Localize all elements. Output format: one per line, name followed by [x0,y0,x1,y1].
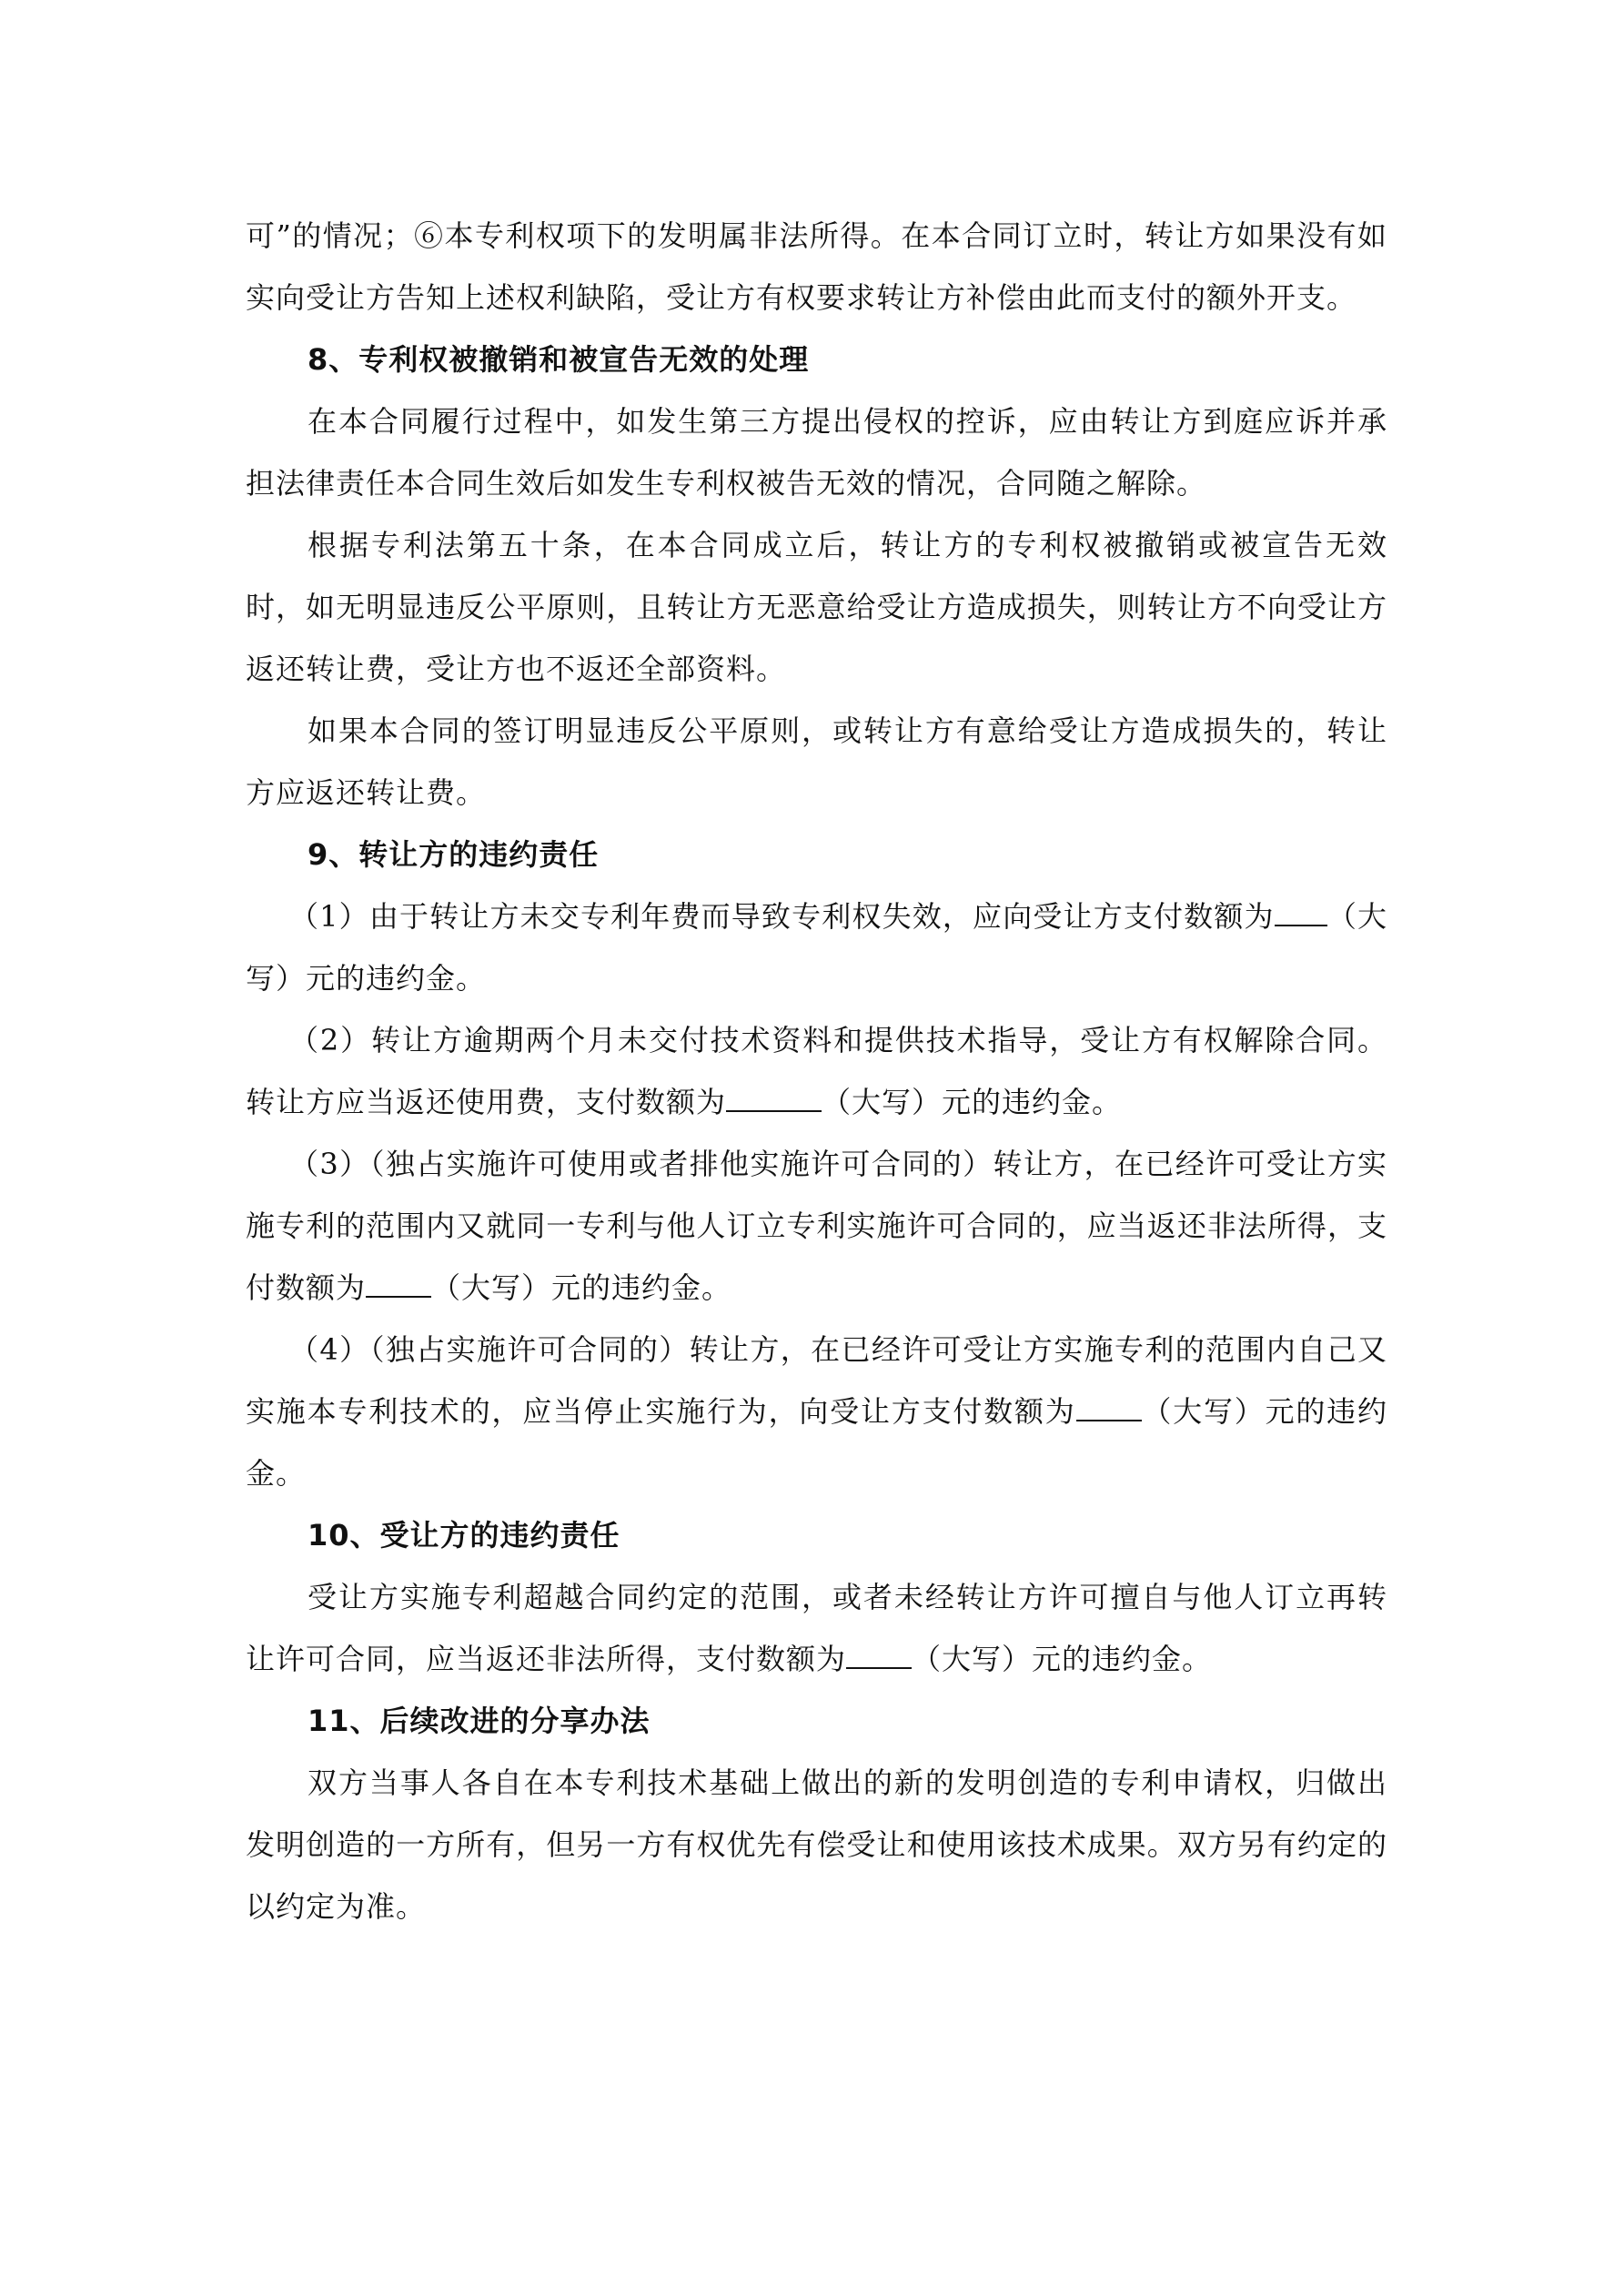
section-10-paragraph-1: 受让方实施专利超越合同约定的范围，或者未经转让方许可擅自与他人订立再转让许可合同… [246,1566,1387,1690]
section-9-item-4: （4）（独占实施许可合同的）转让方，在已经许可受让方实施专利的范围内自己又实施本… [246,1319,1387,1504]
continued-paragraph: 可”的情况；⑥本专利权项下的发明属非法所得。在本合同订立时，转让方如果没有如实向… [246,205,1387,329]
section-9-item-2: （2）转让方逾期两个月未交付技术资料和提供技术指导，受让方有权解除合同。转让方应… [246,1009,1387,1133]
section-9-item-1: （1）由于转让方未交专利年费而导致专利权失效，应向受让方支付数额为（大写）元的违… [246,885,1387,1009]
section-8-paragraph-3: 如果本合同的签订明显违反公平原则，或转让方有意给受让方造成损失的，转让方应返还转… [246,700,1387,824]
amount-blank[interactable] [366,1272,431,1298]
document-page: 可”的情况；⑥本专利权项下的发明属非法所得。在本合同订立时，转让方如果没有如实向… [246,205,1387,1937]
amount-blank[interactable] [846,1644,912,1669]
section-10-heading: 10、受让方的违约责任 [246,1504,1387,1566]
section-9-item-3: （3）（独占实施许可使用或者排他实施许可合同的）转让方，在已经许可受让方实施专利… [246,1133,1387,1319]
amount-blank[interactable] [726,1087,822,1112]
section-8-heading: 8、专利权被撤销和被宣告无效的处理 [246,329,1387,390]
amount-blank[interactable] [1275,901,1327,926]
section-8-paragraph-2: 根据专利法第五十条，在本合同成立后，转让方的专利权被撤销或被宣告无效时，如无明显… [246,514,1387,700]
section-11-heading: 11、后续改进的分享办法 [246,1690,1387,1752]
section-11-paragraph-1: 双方当事人各自在本专利技术基础上做出的新的发明创造的专利申请权，归做出发明创造的… [246,1752,1387,1937]
section-9-heading: 9、转让方的违约责任 [246,824,1387,885]
section-8-paragraph-1: 在本合同履行过程中，如发生第三方提出侵权的控诉，应由转让方到庭应诉并承担法律责任… [246,390,1387,514]
amount-blank[interactable] [1076,1396,1142,1421]
